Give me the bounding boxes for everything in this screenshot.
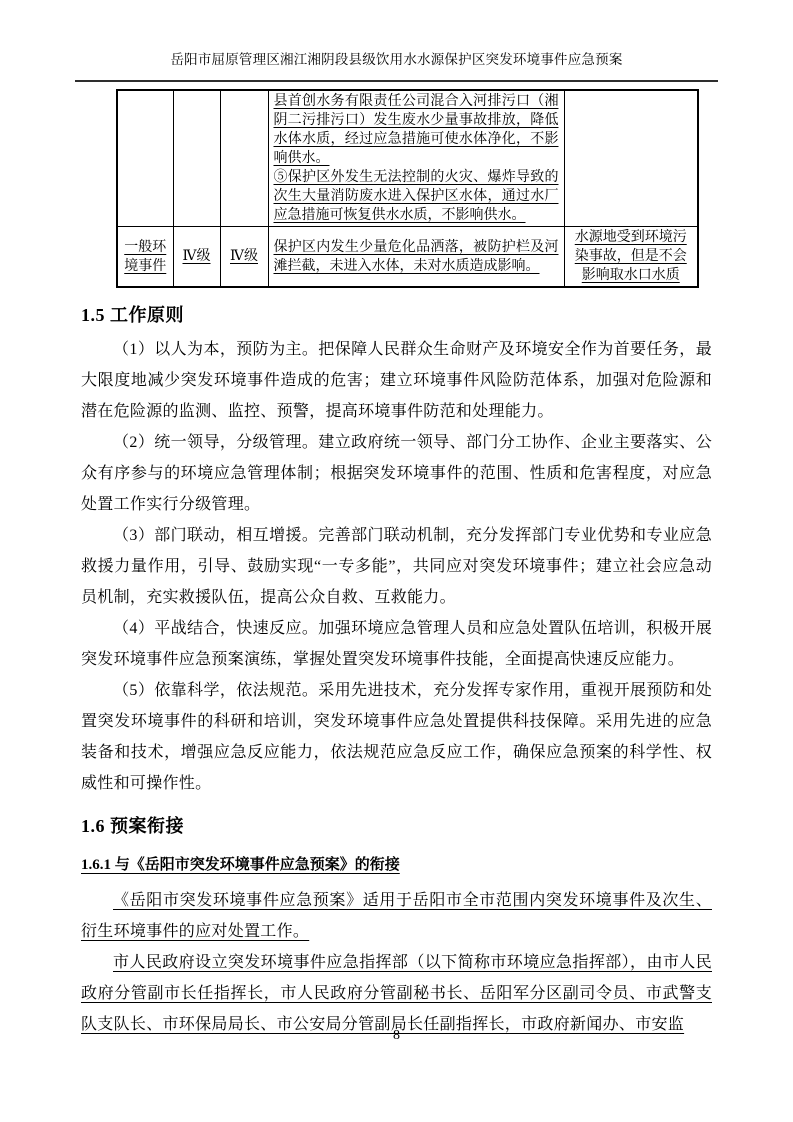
document-header-title: 岳阳市屈原管理区湘江湘阴段县级饮用水水源保护区突发环境事件应急预案 xyxy=(81,50,712,70)
table-row-continued: 县首创水务有限责任公司混合入河排污口（湘阴二污排污口）发生废水少量事故排放，降低… xyxy=(117,90,698,227)
paragraph-principle-3: （3）部门联动，相互增援。完善部门联动机制，充分发挥部门专业优势和专业应急救援力… xyxy=(81,520,712,613)
paragraph-principle-2: （2）统一领导，分级管理。建立政府统一领导、部门分工协作、企业主要落实、公众有序… xyxy=(81,427,712,520)
table-cell-scenario-description: 县首创水务有限责任公司混合入河排污口（湘阴二污排污口）发生废水少量事故排放，降低… xyxy=(268,90,564,227)
table-cell-grade: Ⅳ级 xyxy=(173,227,220,288)
paragraph-command-structure: 市人民政府设立突发环境事件应急指挥部（以下简称市环境应急指挥部），由市人民政府分… xyxy=(81,947,712,1040)
event-classification-table: 县首创水务有限责任公司混合入河排污口（湘阴二污排污口）发生废水少量事故排放，降低… xyxy=(116,89,699,288)
table-cell-empty xyxy=(564,90,698,227)
table-cell-empty xyxy=(173,90,220,227)
table-cell-scenario-description: 保护区内发生少量危化品洒落，被防护栏及河滩拦截，未进入水体，未对水质造成影响。 xyxy=(268,227,564,288)
section-heading-1-6: 1.6 预案衔接 xyxy=(81,813,712,839)
document-page: 岳阳市屈原管理区湘江湘阴段县级饮用水水源保护区突发环境事件应急预案 县首创水务有… xyxy=(0,0,793,1122)
table-cell-empty xyxy=(220,90,268,227)
paragraph-principle-1: （1）以人为本，预防为主。把保障人民群众生命财产及环境安全作为首要任务，最大限度… xyxy=(81,334,712,427)
header-divider xyxy=(75,80,718,82)
subsection-heading-1-6-1: 1.6.1 与《岳阳市突发环境事件应急预案》的衔接 xyxy=(81,855,712,876)
paragraph-plan-scope: 《岳阳市突发环境事件应急预案》适用于岳阳市全市范围内突发环境事件及次生、衍生环境… xyxy=(81,885,712,947)
paragraph-principle-5: （5）依靠科学，依法规范。采用先进技术，充分发挥专家作用，重视开展预防和处置突发… xyxy=(81,675,712,799)
scenario-paragraph: ⑤保护区外发生无法控制的火灾、爆炸导致的次生大量消防废水进入保护区水体，通过水厂… xyxy=(274,168,559,225)
page-number: 8 xyxy=(0,1028,793,1044)
table-cell-event-level-name: 一般环境事件 xyxy=(117,227,173,288)
scenario-paragraph: 县首创水务有限责任公司混合入河排污口（湘阴二污排污口）发生废水少量事故排放，降低… xyxy=(274,92,559,168)
table-cell-grade: Ⅳ级 xyxy=(220,227,268,288)
table-cell-impact: 水源地受到环境污染事故，但是不会影响取水口水质 xyxy=(564,227,698,288)
paragraph-principle-4: （4）平战结合，快速反应。加强环境应急管理人员和应急处置队伍培训，积极开展突发环… xyxy=(81,613,712,675)
table-row-general-event: 一般环境事件 Ⅳ级 Ⅳ级 保护区内发生少量危化品洒落，被防护栏及河滩拦截，未进入… xyxy=(117,227,698,288)
table-cell-empty xyxy=(117,90,173,227)
section-heading-1-5: 1.5 工作原则 xyxy=(81,302,712,328)
